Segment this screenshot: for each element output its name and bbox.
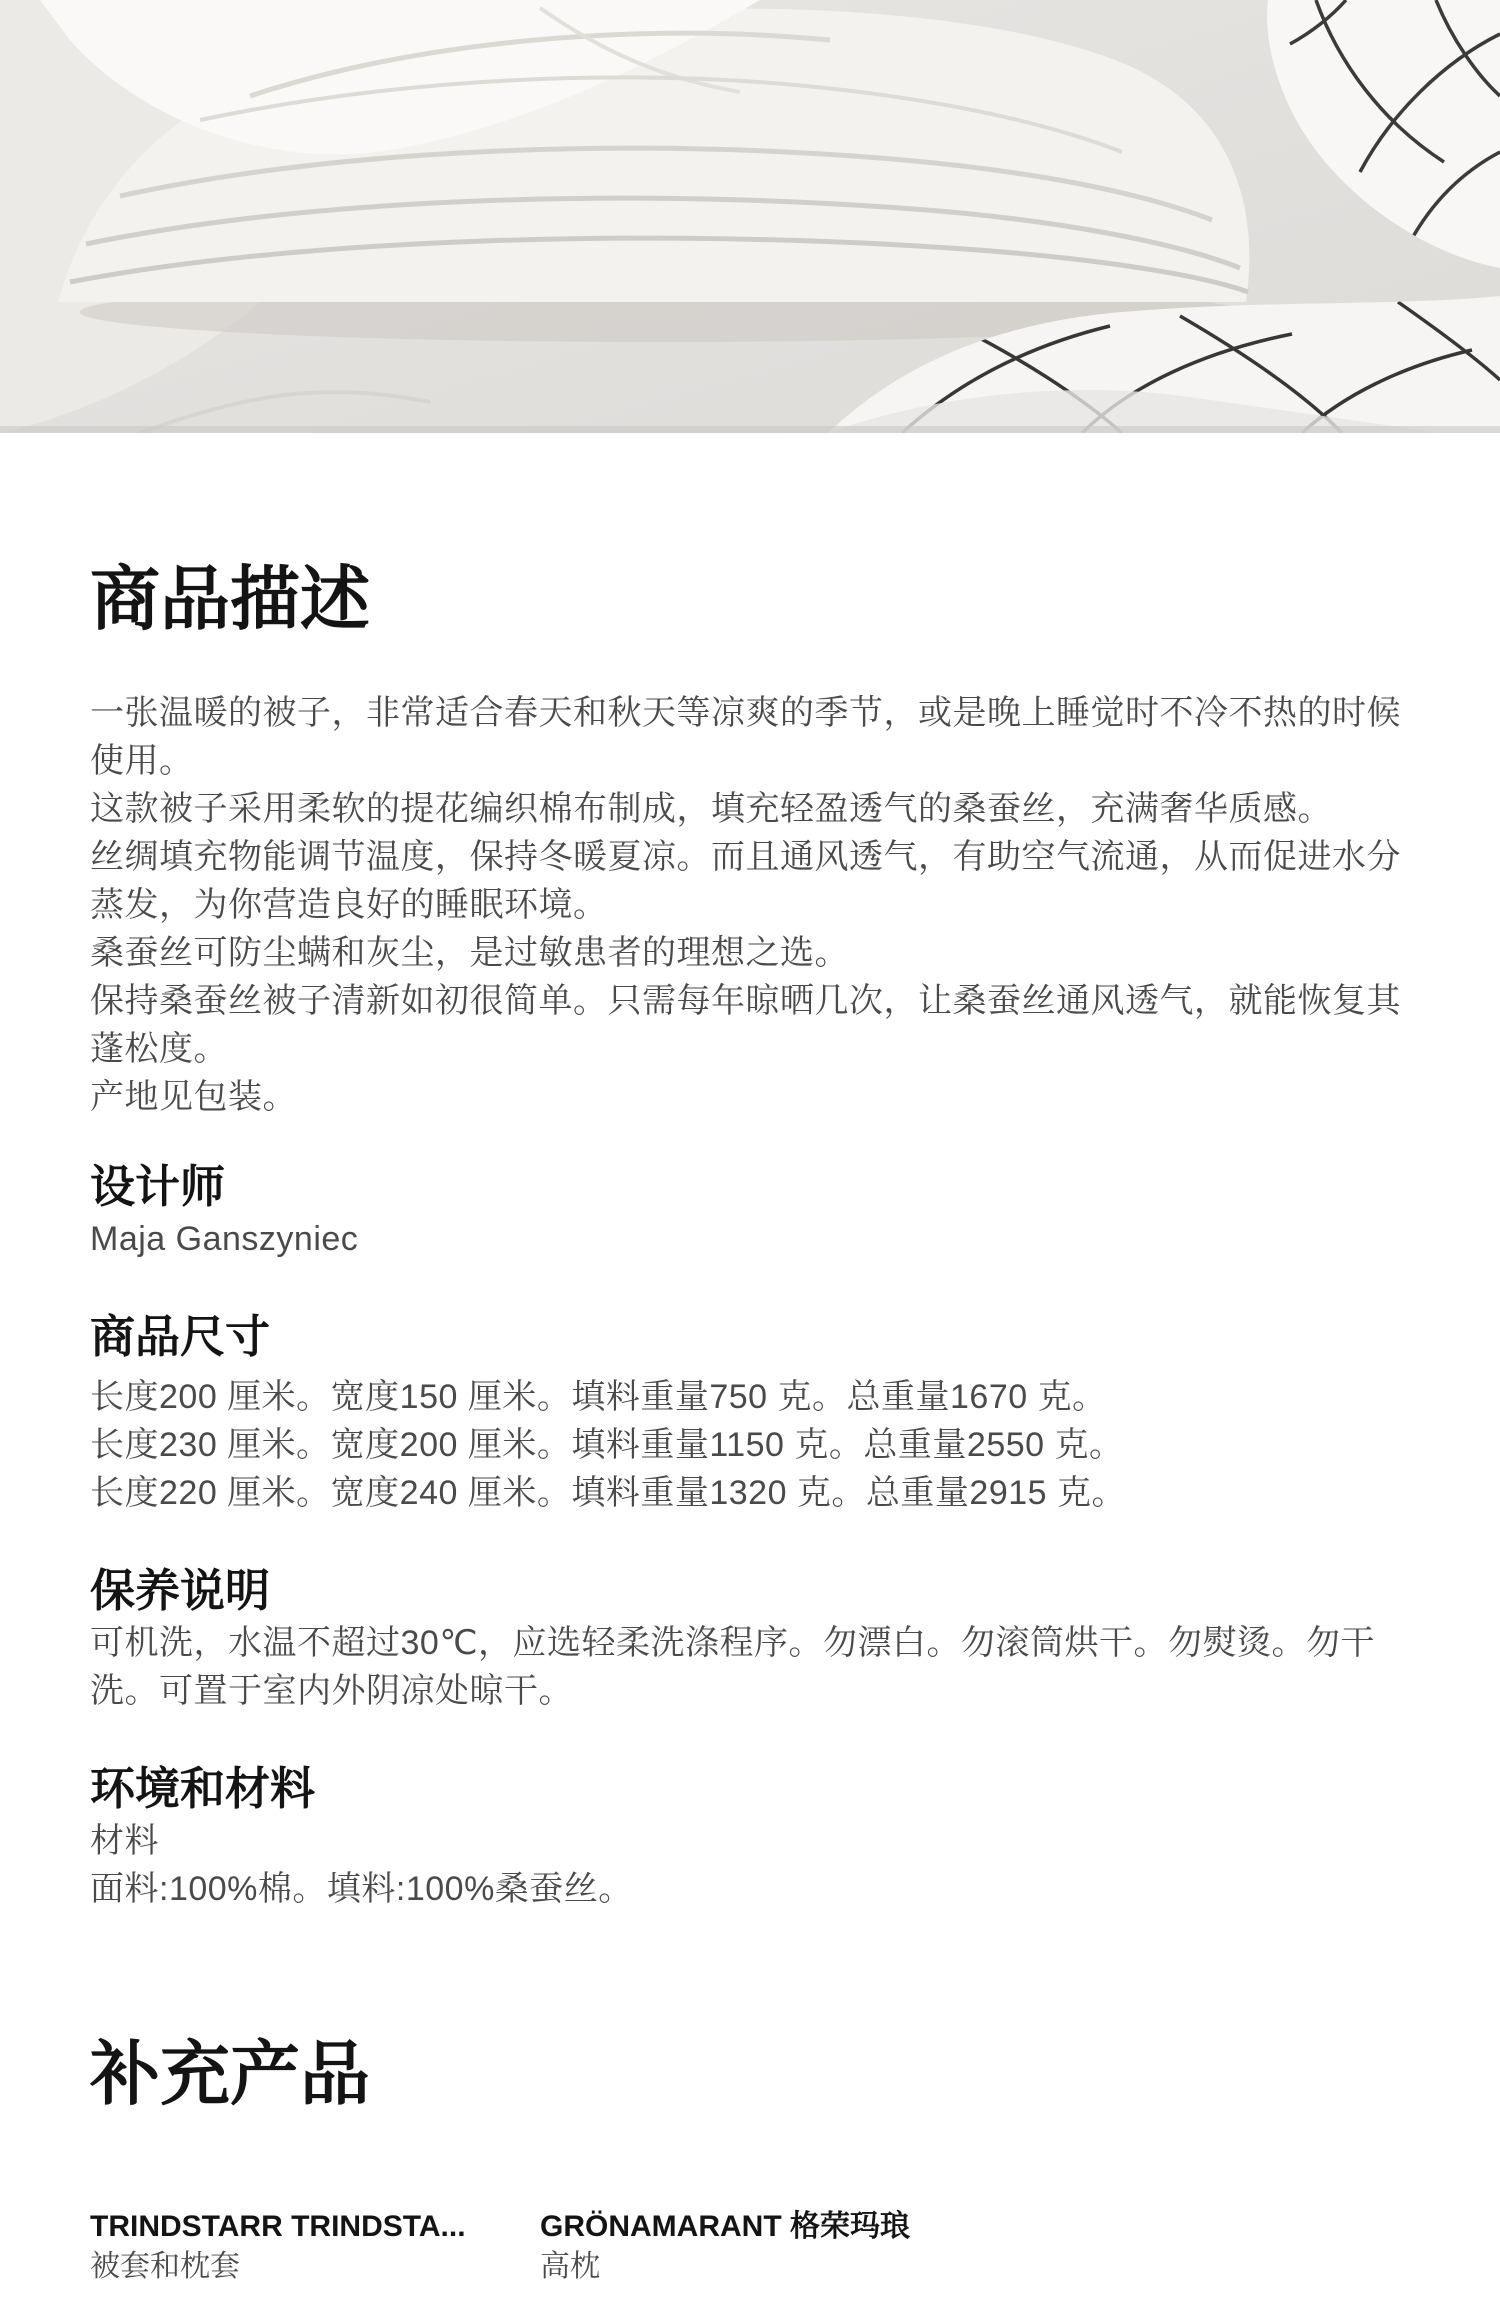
- product-subtitle: 高枕: [540, 2247, 990, 2287]
- materials-text: 面料:100%棉。填料:100%桑蚕丝。: [90, 1865, 1410, 1913]
- dimension-row: 长度220 厘米。宽度240 厘米。填料重量1320 克。总重量2915 克。: [90, 1469, 1410, 1517]
- description-paragraph: 保持桑蚕丝被子清新如初很简单。只需每年晾晒几次，让桑蚕丝通风透气，就能恢复其蓬松…: [90, 977, 1410, 1073]
- description-paragraph: 桑蚕丝可防尘螨和灰尘，是过敏患者的理想之选。: [90, 929, 1410, 977]
- care-instructions-text: 可机洗，水温不超过30℃，应选轻柔洗涤程序。勿漂白。勿滚筒烘干。勿熨烫。勿干洗。…: [90, 1619, 1410, 1715]
- product-card-trindstarr[interactable]: TRINDSTARR TRINDSTA... 被套和枕套: [90, 2207, 540, 2287]
- section-title-description: 商品描述: [90, 561, 1410, 637]
- product-detail-page: 商品描述 一张温暖的被子，非常适合春天和秋天等凉爽的季节，或是晚上睡觉时不冷不热…: [0, 0, 1500, 2322]
- product-photo: [0, 0, 1500, 433]
- product-subtitle: 被套和枕套: [90, 2247, 540, 2287]
- section-title-care: 保养说明: [90, 1563, 1410, 1619]
- description-paragraph: 这款被子采用柔软的提花编织棉布制成，填充轻盈透气的桑蚕丝，充满奢华质感。: [90, 785, 1410, 833]
- section-title-dimensions: 商品尺寸: [90, 1309, 1410, 1365]
- section-title-designer: 设计师: [90, 1159, 1410, 1215]
- description-paragraphs: 一张温暖的被子，非常适合春天和秋天等凉爽的季节，或是晚上睡觉时不冷不热的时候使用…: [90, 689, 1410, 1121]
- dimension-rows: 长度200 厘米。宽度150 厘米。填料重量750 克。总重量1670 克。 长…: [90, 1373, 1410, 1517]
- section-title-supplementary: 补充产品: [90, 2036, 1410, 2112]
- supplementary-products-row: TRINDSTARR TRINDSTA... 被套和枕套 GRÖNAMARANT…: [90, 2207, 1410, 2287]
- product-description-content: 商品描述 一张温暖的被子，非常适合春天和秋天等凉爽的季节，或是晚上睡觉时不冷不热…: [0, 561, 1500, 2287]
- description-paragraph: 产地见包装。: [90, 1073, 1410, 1121]
- description-paragraph: 丝绸填充物能调节温度，保持冬暖夏凉。而且通风透气，有助空气流通，从而促进水分蒸发…: [90, 833, 1410, 929]
- product-card-gronamarant[interactable]: GRÖNAMARANT 格荣玛琅 高枕: [540, 2207, 990, 2287]
- quilt-photo-illustration: [0, 0, 1500, 433]
- product-name: GRÖNAMARANT 格荣玛琅: [540, 2207, 990, 2247]
- description-paragraph: 一张温暖的被子，非常适合春天和秋天等凉爽的季节，或是晚上睡觉时不冷不热的时候使用…: [90, 689, 1410, 785]
- section-title-materials: 环境和材料: [90, 1761, 1410, 1817]
- designer-name: Maja Ganszyniec: [90, 1215, 1410, 1263]
- dimension-row: 长度230 厘米。宽度200 厘米。填料重量1150 克。总重量2550 克。: [90, 1421, 1410, 1469]
- dimension-row: 长度200 厘米。宽度150 厘米。填料重量750 克。总重量1670 克。: [90, 1373, 1410, 1421]
- product-name: TRINDSTARR TRINDSTA...: [90, 2207, 540, 2247]
- materials-label: 材料: [90, 1817, 1410, 1865]
